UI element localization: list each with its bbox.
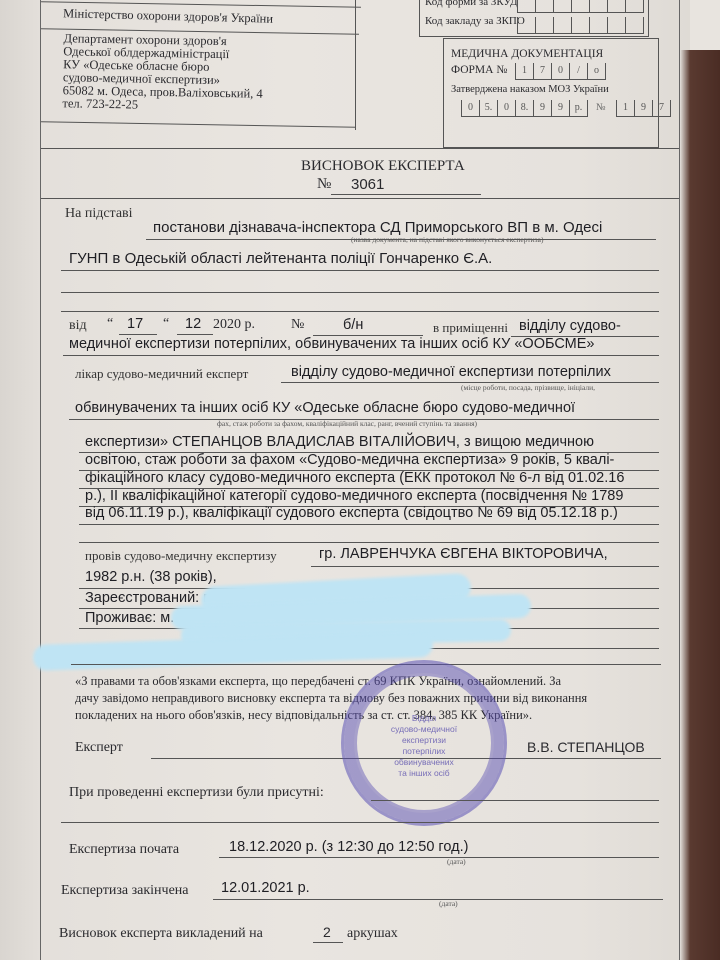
code-cell (625, 0, 644, 13)
quote: “ (163, 316, 169, 332)
finished-value: 12.01.2021 р. (221, 880, 310, 896)
code-cell (517, 0, 535, 13)
code-cell (553, 17, 571, 34)
zkpo-cells (517, 17, 644, 34)
basis-label: На підставі (65, 206, 133, 222)
document-page: Міністерство охорони здоров'я України Де… (40, 0, 680, 960)
premises-label: в приміщенні (433, 320, 508, 336)
order-month: 12 (185, 316, 201, 332)
underline (219, 857, 659, 858)
stamp-text: та інших осіб (344, 768, 504, 779)
order-no-value: б/н (343, 317, 363, 333)
divider (41, 198, 679, 199)
underline (311, 566, 659, 567)
code-cell: 9 (551, 100, 569, 117)
underline (313, 942, 343, 943)
subject-birth: 1982 р.н. (38 років), (85, 569, 217, 585)
underline (371, 800, 659, 801)
stamp-text: обвинувачених (344, 757, 504, 768)
pages-value: 2 (323, 924, 331, 940)
background-edge (690, 0, 720, 55)
order-day: 17 (127, 316, 143, 332)
background-table (680, 50, 720, 960)
expert-line-4: освітою, стаж роботи за фахом «Судово-ме… (85, 452, 614, 468)
divider (355, 0, 356, 130)
zkud-cells (517, 0, 644, 13)
stamp-text: потерпілих (344, 746, 504, 757)
code-cell: р. (569, 100, 588, 117)
zkud-label: Код форми за ЗКУД (425, 0, 518, 8)
code-cell: 8. (515, 100, 533, 117)
code-cell: 1 (515, 63, 533, 80)
code-cell (553, 0, 571, 13)
code-cell (535, 17, 553, 34)
order-year: 2020 р. (213, 317, 255, 333)
underline (61, 270, 659, 271)
form-number-cells: 170/о (515, 63, 606, 80)
expert-hint-1: (місце роботи, посада, прізвище, ініціал… (461, 383, 595, 392)
code-cell (589, 0, 607, 13)
divider (71, 664, 661, 665)
code-cell (517, 17, 535, 34)
order-no-label: № (596, 102, 606, 113)
code-cell (571, 17, 589, 34)
quote: “ (107, 316, 113, 332)
document-title: ВИСНОВОК ЕКСПЕРТА (301, 158, 465, 175)
form-label: ФОРМА № (451, 64, 507, 76)
code-cell (607, 0, 625, 13)
stamp-text: експертизи (344, 735, 504, 746)
stamp-text: судово-медичної (344, 724, 504, 735)
approved-date-cells: 05.08.99р. (461, 100, 588, 117)
code-cell: 0 (551, 63, 569, 80)
code-cell: 5. (479, 100, 497, 117)
date-hint: (дата) (447, 857, 466, 866)
underline (61, 311, 659, 312)
code-cell: 0 (461, 100, 479, 117)
present-label: При проведенні експертизи були присутні: (69, 785, 324, 801)
premises-value-2: медичної експертизи потерпілих, обвинува… (69, 336, 594, 352)
code-cell: 7 (652, 100, 671, 117)
expert-sign-label: Експерт (75, 740, 123, 756)
medical-doc-label: МЕДИЧНА ДОКУМЕНТАЦІЯ (451, 48, 603, 60)
official-stamp: Відділ судово-медичної експертизи потерп… (341, 660, 507, 826)
premises-value: відділу судово- (519, 318, 621, 334)
from-label: від (69, 318, 87, 334)
underline (63, 355, 659, 356)
expert-line-2: обвинувачених та інших осіб КУ «Одеське … (75, 400, 575, 416)
stamp-text: Відділ (344, 713, 504, 724)
rights-text-2: дачу завідомо неправдивого висновку експ… (75, 691, 587, 706)
underline (61, 822, 659, 823)
code-cell (589, 17, 607, 34)
basis-hint: (назва документа, на підставі якого вико… (351, 235, 543, 244)
conclusion-number: 3061 (351, 176, 384, 193)
code-cell: 9 (634, 100, 652, 117)
divider (41, 148, 679, 149)
subject-label: провів судово-медичну експертизу (85, 548, 277, 564)
code-cell: 7 (533, 63, 551, 80)
underline (177, 334, 213, 335)
divider (41, 121, 356, 127)
expert-hint-2: фах, стаж роботи за фахом, кваліфікаційн… (217, 419, 477, 428)
expert-sign-name: В.В. СТЕПАНЦОВ (527, 739, 645, 755)
underline (61, 292, 659, 293)
underline (213, 899, 663, 900)
date-hint: (дата) (439, 899, 458, 908)
expert-line-6: р.), ІІ кваліфікаційної категорії судово… (85, 488, 623, 504)
underline (119, 334, 157, 335)
underline (79, 524, 659, 525)
code-cell: / (569, 63, 587, 80)
code-cell: 9 (533, 100, 551, 117)
expert-line-1: відділу судово-медичної експертизи потер… (291, 364, 611, 380)
code-cell (625, 17, 644, 34)
code-cell: 1 (616, 100, 634, 117)
order-no-label: № (291, 317, 304, 333)
expert-line-3: експертизи» СТЕПАНЦОВ ВЛАДИСЛАВ ВІТАЛІЙО… (85, 434, 594, 450)
basis-value-2: ГУНП в Одеській області лейтенанта поліц… (69, 250, 492, 267)
code-cell (535, 0, 553, 13)
institution-block: Департамент охорони здоров'я Одеської об… (62, 32, 263, 113)
rights-text-1: «З правами та обов'язками експерта, що п… (75, 674, 561, 689)
code-cell: о (587, 63, 606, 80)
pages-label-after: аркушах (347, 926, 398, 942)
started-value: 18.12.2020 р. (з 12:30 до 12:50 год.) (229, 839, 468, 855)
zkpo-label: Код закладу за ЗКПО (425, 15, 525, 27)
expert-line-7: від 06.11.19 р.), кваліфікації судового … (85, 505, 618, 521)
basis-value: постанови дізнавача-інспектора СД Примор… (153, 219, 602, 236)
order-no-cells: 197 (616, 100, 671, 117)
number-label: № (317, 176, 331, 193)
approved-label: Затверджена наказом МОЗ України (451, 84, 609, 95)
finished-label: Експертиза закінчена (61, 883, 188, 899)
code-cell (607, 17, 625, 34)
code-cell (571, 0, 589, 13)
underline (331, 194, 481, 195)
started-label: Експертиза почата (69, 842, 179, 858)
pages-label: Висновок експерта викладений на (59, 926, 263, 942)
expert-label: лікар судово-медичний експерт (75, 366, 248, 382)
code-cell: 0 (497, 100, 515, 117)
underline (79, 542, 659, 543)
subject-registered: Зареєстрований: г (85, 590, 209, 606)
subject-name: гр. ЛАВРЕНЧУКА ЄВГЕНА ВІКТОРОВИЧА, (319, 546, 608, 562)
expert-line-5: фікаційного класу судово-медичного експе… (85, 470, 624, 486)
ministry-name: Міністерство охорони здоров'я України (63, 6, 273, 26)
